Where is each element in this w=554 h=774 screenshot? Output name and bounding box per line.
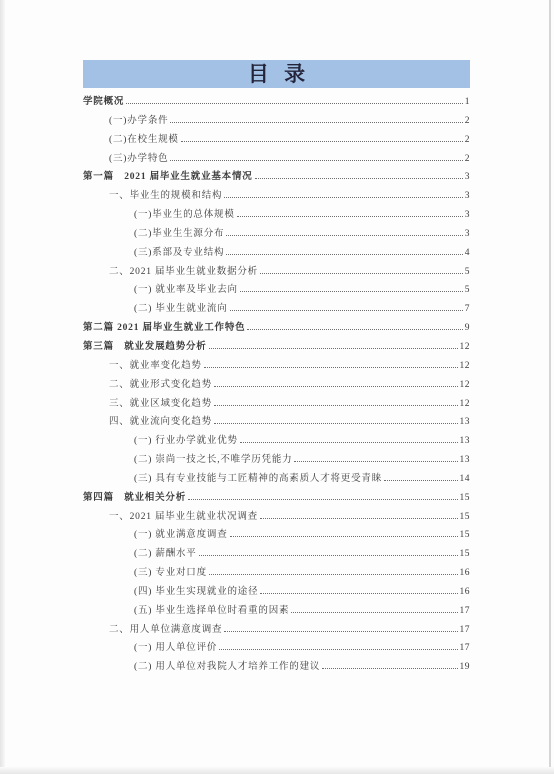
toc-dots-leader [226, 254, 462, 255]
toc-entry-page-number: 15 [460, 508, 471, 527]
toc-dots-leader [224, 197, 462, 198]
toc-entry[interactable]: (二) 崇尚一技之长,不唯学历凭能力 13 [83, 451, 470, 470]
toc-entry-label: (二) 毕业生就业流向 [134, 300, 228, 319]
toc-entry-page-number: 16 [460, 564, 471, 583]
toc-entry-label: (一)毕业生的总体规模 [134, 206, 235, 225]
toc-entry-page-number: 13 [460, 451, 471, 470]
page-edge-right [549, 0, 551, 774]
toc-entry[interactable]: (一) 行业办学就业优势 13 [83, 432, 470, 451]
toc-entry-label: (二) 用人单位对我院人才培养工作的建议 [134, 658, 320, 677]
toc-entry-page-number: 3 [465, 187, 470, 206]
toc-entry-page-number: 19 [460, 658, 471, 677]
toc-entry[interactable]: 二、用人单位满意度调查 17 [83, 621, 470, 640]
toc-dots-leader [255, 178, 463, 179]
toc-entry[interactable]: (一)毕业生的总体规模 3 [83, 206, 470, 225]
toc-entry[interactable]: 三、就业区域变化趋势 12 [83, 395, 470, 414]
toc-entry-page-number: 17 [460, 639, 471, 658]
toc-dots-leader [230, 536, 458, 537]
toc-entry-page-number: 9 [465, 319, 470, 338]
toc-entry-page-number: 12 [460, 376, 471, 395]
toc-entry[interactable]: (二) 薪酬水平 15 [83, 545, 470, 564]
toc-entry-label: (二) 薪酬水平 [134, 545, 197, 564]
toc-entry-page-number: 7 [465, 300, 470, 319]
toc-entry-label: 二、就业形式变化趋势 [109, 376, 212, 395]
toc-entry-page-number: 3 [465, 225, 470, 244]
toc-dots-leader [230, 310, 463, 311]
toc-dots-leader [291, 612, 457, 613]
toc-dots-leader [224, 631, 457, 632]
toc-entry-page-number: 4 [465, 244, 470, 263]
toc-dots-leader [237, 216, 463, 217]
toc-entry[interactable]: (五) 毕业生选择单位时看重的因素 17 [83, 602, 470, 621]
toc-entry-page-number: 5 [465, 263, 470, 282]
toc-entry-page-number: 15 [460, 526, 471, 545]
toc-dots-leader [214, 386, 457, 387]
toc-entry[interactable]: (一) 用人单位评价 17 [83, 639, 470, 658]
toc-entry[interactable]: (一)办学条件 2 [83, 112, 470, 131]
toc-dots-leader [294, 461, 457, 462]
toc-entry-page-number: 17 [460, 602, 471, 621]
toc-entry-label: 二、2021 届毕业生就业数据分析 [109, 263, 258, 282]
toc-entry[interactable]: 二、就业形式变化趋势 12 [83, 376, 470, 395]
toc-dots-leader [214, 423, 457, 424]
toc-dots-leader [170, 122, 462, 123]
toc-list: 学院概况 1 (一)办学条件 2 (二)在校生规模 2 (三)办学特色 2 第一… [83, 93, 470, 677]
toc-entry-label: (一) 就业率及毕业去向 [134, 281, 238, 300]
toc-title: 目 录 [243, 64, 310, 85]
toc-entry-label: (一) 用人单位评价 [134, 639, 217, 658]
toc-dots-leader [181, 141, 463, 142]
toc-entry[interactable]: (三) 专业对口度 16 [83, 564, 470, 583]
toc-entry-label: (三)办学特色 [109, 150, 168, 169]
toc-entry-label: (三) 专业对口度 [134, 564, 207, 583]
toc-dots-leader [209, 574, 458, 575]
toc-entry-label: 三、就业区域变化趋势 [109, 395, 212, 414]
toc-entry-label: (四) 毕业生实现就业的途径 [134, 583, 258, 602]
toc-entry-label: 一、就业率变化趋势 [109, 357, 202, 376]
toc-entry-page-number: 15 [460, 545, 471, 564]
toc-dots-leader [188, 499, 457, 500]
toc-entry-label: (二)毕业生生源分布 [134, 225, 224, 244]
toc-entry-page-number: 16 [460, 583, 471, 602]
toc-entry[interactable]: (三)办学特色 2 [83, 150, 470, 169]
toc-entry-label: 四、就业流向变化趋势 [109, 413, 212, 432]
toc-entry-label: 学院概况 [83, 93, 124, 112]
toc-entry-page-number: 3 [465, 206, 470, 225]
toc-entry-label: (一) 就业满意度调查 [134, 526, 228, 545]
toc-entry-page-number: 17 [460, 621, 471, 640]
toc-entry[interactable]: (三)系部及专业结构 4 [83, 244, 470, 263]
toc-entry[interactable]: (二)在校生规模 2 [83, 131, 470, 150]
toc-dots-leader [170, 160, 462, 161]
toc-dots-leader [199, 555, 458, 556]
toc-dots-leader [240, 291, 463, 292]
toc-entry[interactable]: 第四篇 就业相关分析 15 [83, 489, 470, 508]
page-edge-left [0, 0, 5, 774]
toc-entry-label: 第二篇 2021 届毕业生就业工作特色 [83, 319, 245, 338]
toc-entry-label: (一) 行业办学就业优势 [134, 432, 238, 451]
toc-entry-page-number: 5 [465, 281, 470, 300]
toc-entry[interactable]: 一、就业率变化趋势 12 [83, 357, 470, 376]
page-edge-bottom [0, 767, 554, 774]
toc-entry[interactable]: (四) 毕业生实现就业的途径 16 [83, 583, 470, 602]
toc-entry[interactable]: (二) 毕业生就业流向 7 [83, 300, 470, 319]
toc-entry-label: 一、毕业生的规模和结构 [109, 187, 222, 206]
toc-entry-page-number: 12 [460, 395, 471, 414]
toc-entry-page-number: 12 [460, 338, 471, 357]
toc-entry-page-number: 15 [460, 489, 471, 508]
toc-entry[interactable]: 一、2021 届毕业生就业状况调查 15 [83, 508, 470, 527]
toc-title-bar: 目 录 [83, 60, 470, 88]
toc-entry-page-number: 12 [460, 357, 471, 376]
toc-entry[interactable]: (一) 就业率及毕业去向 5 [83, 281, 470, 300]
toc-entry-label: (三) 具有专业技能与工匠精神的高素质人才将更受青睐 [134, 470, 382, 489]
toc-entry-page-number: 2 [465, 131, 470, 150]
toc-dots-leader [219, 649, 457, 650]
toc-dots-leader [247, 329, 462, 330]
document-page: 目 录 学院概况 1 (一)办学条件 2 (二)在校生规模 2 (三)办学特色 … [0, 0, 554, 774]
toc-dots-leader [322, 668, 457, 669]
toc-entry[interactable]: (三) 具有专业技能与工匠精神的高素质人才将更受青睐 14 [83, 470, 470, 489]
toc-dots-leader [240, 442, 458, 443]
toc-dots-leader [226, 235, 462, 236]
toc-entry-page-number: 13 [460, 413, 471, 432]
toc-entry-label: 第一篇 2021 届毕业生就业基本情况 [83, 168, 253, 187]
toc-entry[interactable]: 四、就业流向变化趋势 13 [83, 413, 470, 432]
toc-entry-label: 第三篇 就业发展趋势分析 [83, 338, 207, 357]
toc-dots-leader [204, 367, 458, 368]
toc-entry-label: 一、2021 届毕业生就业状况调查 [109, 508, 258, 527]
toc-entry-page-number: 2 [465, 112, 470, 131]
toc-entry-label: 二、用人单位满意度调查 [109, 621, 222, 640]
toc-entry[interactable]: 第一篇 2021 届毕业生就业基本情况 3 [83, 168, 470, 187]
toc-dots-leader [260, 273, 463, 274]
toc-entry[interactable]: 学院概况 1 [83, 93, 470, 112]
toc-dots-leader [260, 518, 458, 519]
toc-entry[interactable]: 第二篇 2021 届毕业生就业工作特色 9 [83, 319, 470, 338]
toc-entry-label: (五) 毕业生选择单位时看重的因素 [134, 602, 289, 621]
toc-entry[interactable]: 一、毕业生的规模和结构 3 [83, 187, 470, 206]
toc-entry[interactable]: (二)毕业生生源分布 3 [83, 225, 470, 244]
toc-entry-page-number: 2 [465, 150, 470, 169]
toc-entry[interactable]: (一) 就业满意度调查 15 [83, 526, 470, 545]
toc-entry-page-number: 1 [465, 93, 470, 112]
toc-entry[interactable]: (二) 用人单位对我院人才培养工作的建议 19 [83, 658, 470, 677]
toc-entry-page-number: 14 [460, 470, 471, 489]
toc-entry-label: (三)系部及专业结构 [134, 244, 224, 263]
toc-dots-leader [214, 405, 457, 406]
toc-dots-leader [209, 348, 458, 349]
toc-entry-label: (一)办学条件 [109, 112, 168, 131]
toc-entry-label: (二) 崇尚一技之长,不唯学历凭能力 [134, 451, 292, 470]
toc-dots-leader [384, 480, 457, 481]
toc-entry[interactable]: 第三篇 就业发展趋势分析 12 [83, 338, 470, 357]
toc-entry-page-number: 13 [460, 432, 471, 451]
toc-dots-leader [260, 593, 457, 594]
toc-dots-leader [126, 103, 463, 104]
toc-entry[interactable]: 二、2021 届毕业生就业数据分析 5 [83, 263, 470, 282]
toc-entry-page-number: 3 [465, 168, 470, 187]
toc-entry-label: 第四篇 就业相关分析 [83, 489, 186, 508]
toc-entry-label: (二)在校生规模 [109, 131, 179, 150]
